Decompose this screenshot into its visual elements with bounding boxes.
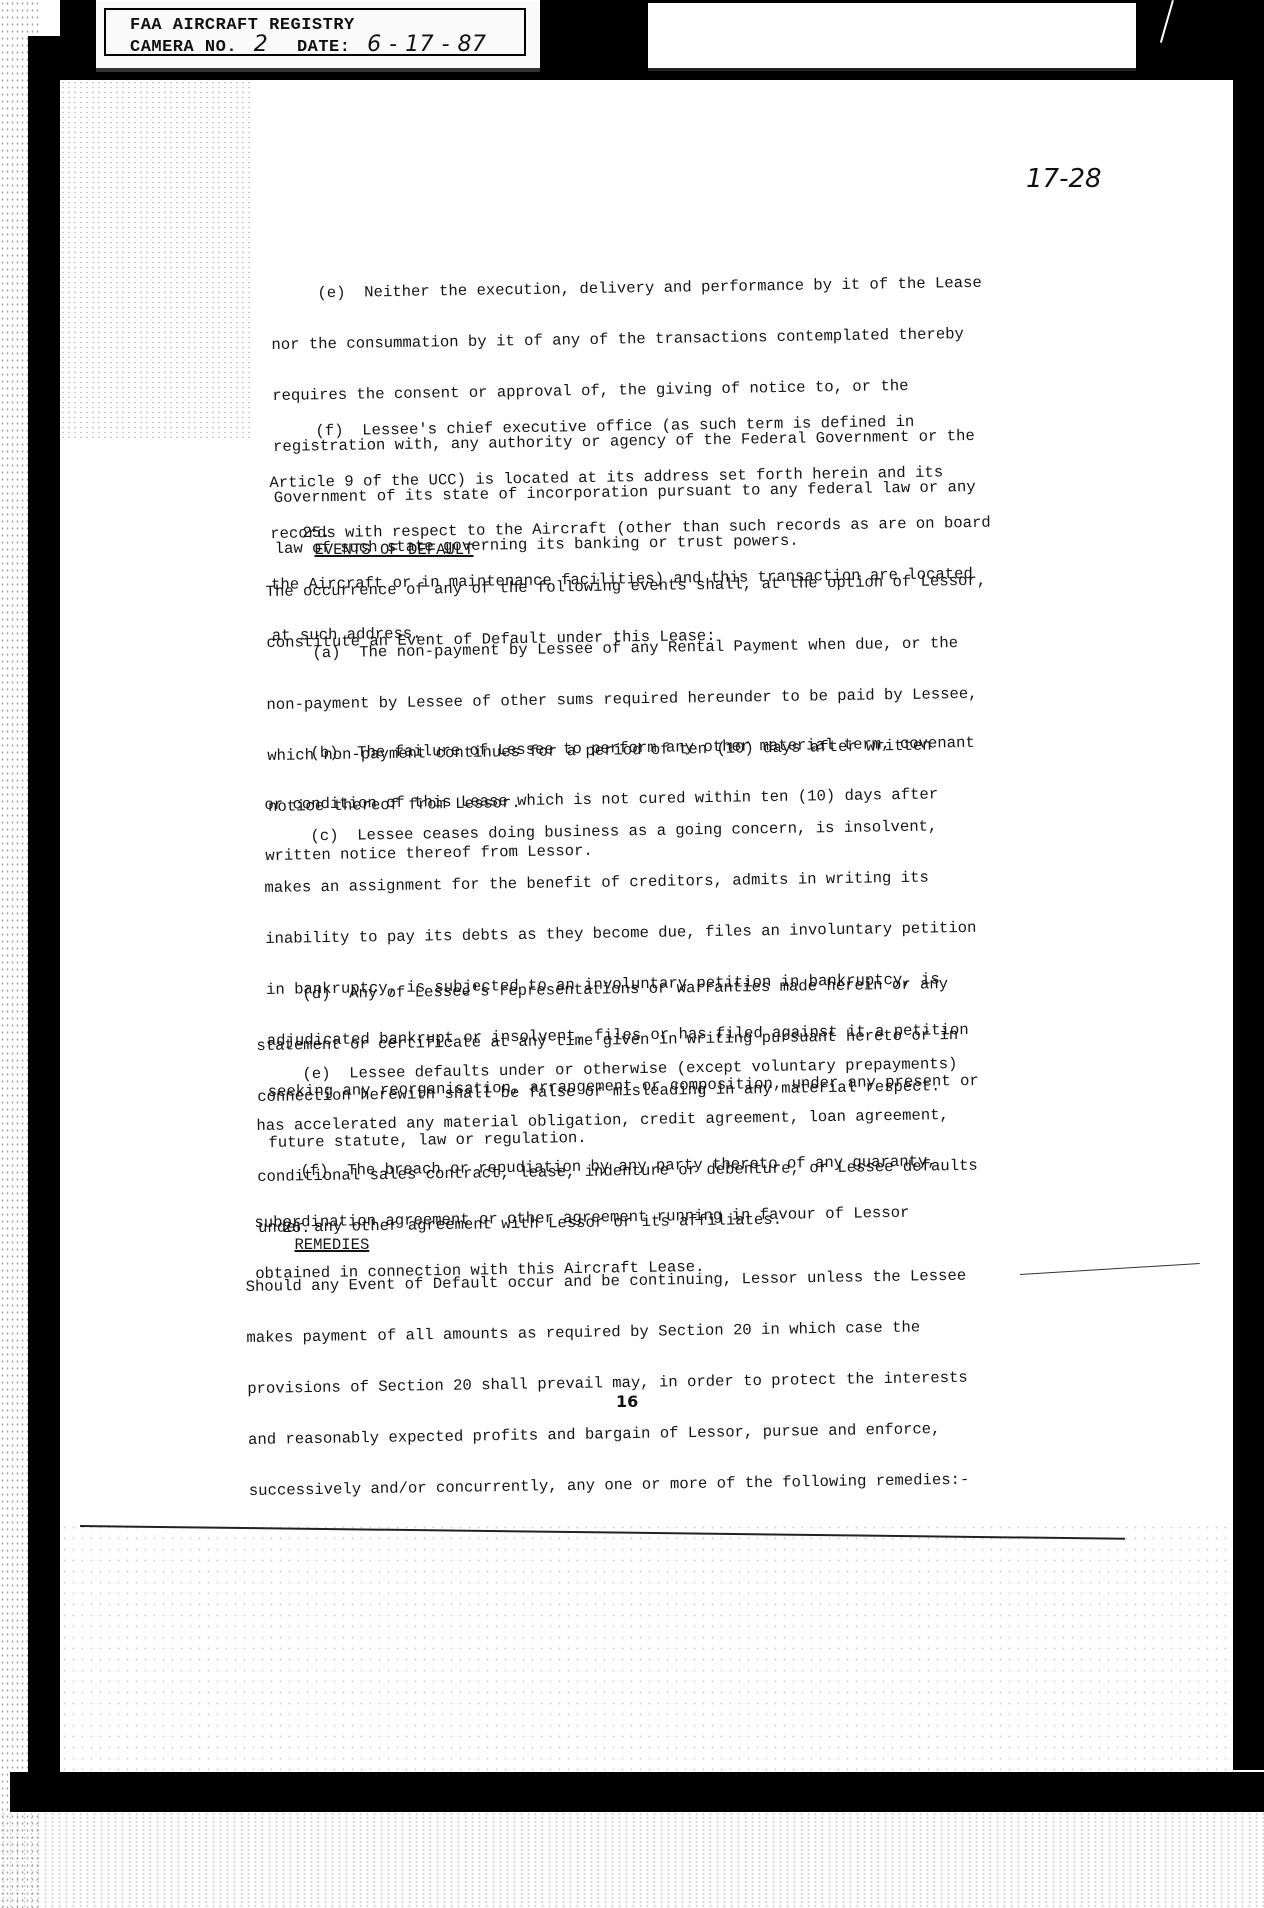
camera-label: CAMERA NO. — [130, 38, 237, 57]
clause-line: (f) Lessee's chief executive office (as … — [269, 413, 990, 441]
section-number: 25. — [302, 524, 330, 542]
section-number: 26. — [282, 1219, 310, 1237]
date-value: 6 - 17 - 87 — [367, 32, 486, 57]
scan-noise-corner — [60, 80, 250, 440]
clause-line: Article 9 of the UCC) is located at its … — [269, 464, 990, 492]
film-frame-right — [1233, 60, 1264, 1770]
event-line: (e) Lessee defaults under or otherwise (… — [256, 1056, 977, 1084]
page-number: 16 — [616, 1392, 638, 1411]
clause-line: nor the consummation by it of any of the… — [271, 326, 982, 354]
section-26-body: Should any Event of Default occur and be… — [245, 1234, 970, 1534]
body-line: successively and/or concurrently, any on… — [249, 1472, 970, 1500]
pen-stroke — [1020, 1263, 1200, 1275]
registry-stamp-box: FAA AIRCRAFT REGISTRY CAMERA NO. 2 DATE:… — [104, 8, 526, 56]
body-line: provisions of Section 20 shall prevail m… — [247, 1370, 968, 1398]
blank-label-card — [648, 3, 1136, 71]
event-line: (b) The failure of Lessee to perform any… — [264, 735, 975, 763]
scan-noise-bottom — [60, 1522, 1233, 1772]
date-label: DATE: — [297, 38, 351, 57]
camera-number: 2 — [254, 32, 269, 57]
film-frame-bottom — [10, 1772, 1264, 1812]
body-line: Should any Event of Default occur and be… — [246, 1268, 967, 1296]
scan-noise-below — [0, 1812, 1264, 1908]
event-line: (d) Any of Lessee's representations or w… — [256, 976, 958, 1004]
document-page: 17-28 (e) Neither the execution, deliver… — [60, 80, 1233, 1772]
intro-line: The occurrence of any of the following e… — [266, 573, 987, 601]
event-line: (c) Lessee ceases doing business as a go… — [264, 818, 975, 846]
event-line: makes an assignment for the benefit of c… — [264, 869, 975, 897]
body-line: makes payment of all amounts as required… — [246, 1319, 967, 1347]
body-line: and reasonably expected profits and barg… — [248, 1421, 969, 1449]
event-line: (f) The breach or repudiation by any par… — [254, 1153, 937, 1181]
event-line: (a) The non-payment by Lessee of any Ren… — [266, 635, 977, 663]
stamp-camera-date-row: CAMERA NO. 2 DATE: 6 - 17 - 87 — [130, 35, 524, 57]
registry-stamp: FAA AIRCRAFT REGISTRY CAMERA NO. 2 DATE:… — [96, 2, 540, 72]
clause-line: (e) Neither the execution, delivery and … — [271, 275, 982, 303]
handwritten-reference: 17-28 — [1026, 164, 1102, 194]
film-frame-left — [28, 36, 60, 1806]
